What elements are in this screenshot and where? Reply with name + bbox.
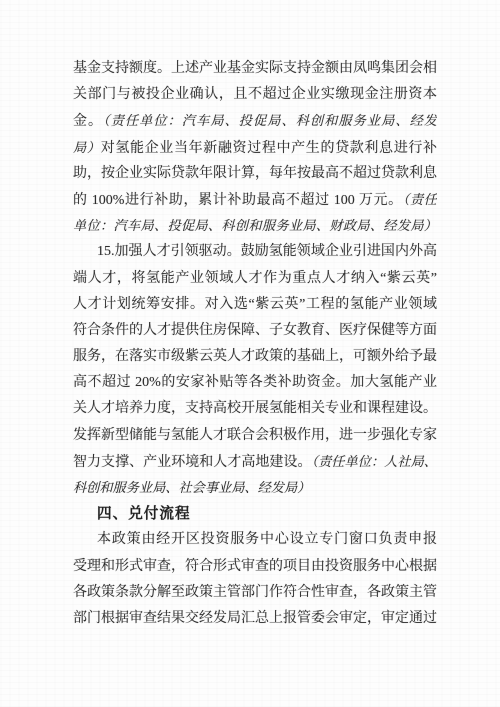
text-segment: 高不超过 20%的安家补贴等各类补助资金。加大氢能产业相 — [73, 375, 437, 396]
text-segment: 受理和形式审查，符合形式审查的项目由投资服务中心根据 — [73, 559, 437, 574]
text-segment-kaiti: 局） — [73, 140, 101, 155]
text-segment: 本政策由经开区投资服务中心设立专门窗口负责申报 — [97, 532, 437, 547]
text-line: 端人才，将氢能产业领域人才作为重点人才纳入“紫云英” — [73, 266, 437, 292]
text-line: 的 100%进行补助，累计补助最高不超过 100 万元。（责任 — [73, 187, 437, 213]
text-segment: 人才计划统筹安排。对入选“紫云英”工程的氢能产业领域 — [73, 297, 437, 312]
text-segment: 基金支持额度。上述产业基金实际支持金额由凤鸣集团会相 — [73, 61, 437, 76]
section-heading: 四、兑付流程 — [73, 501, 437, 527]
text-segment: 金。 — [73, 114, 103, 129]
text-segment: 助，按企业实际贷款年限计算，每年按最高不超过贷款利息 — [73, 166, 437, 181]
text-segment: 服务，在落实市级紫云英人才政策的基础上，可额外给予最 — [73, 349, 437, 364]
text-line: 助，按企业实际贷款年限计算，每年按最高不超过贷款利息 — [73, 161, 437, 187]
text-segment: 15.加强人才引领驱动。鼓励氢能领域企业引进国内外高 — [97, 244, 437, 259]
text-segment-kaiti: 科创和服务业局、社会事业局、经发局） — [73, 480, 310, 495]
text-line: 单位：汽车局、投促局、科创和服务业局、财政局、经发局） — [73, 213, 437, 239]
text-segment-kaiti: （责任单位：人社局、 — [311, 454, 437, 469]
text-line: 局）对氢能企业当年新融资过程中产生的贷款利息进行补 — [73, 135, 437, 161]
text-line: 受理和形式审查，符合形式审查的项目由投资服务中心根据 — [73, 554, 437, 580]
text-line: 符合条件的人才提供住房保障、子女教育、医疗保健等方面 — [73, 318, 437, 344]
text-segment: 关人才培养力度，支持高校开展氢能相关专业和课程建设。 — [73, 401, 437, 416]
text-line: 关人才培养力度，支持高校开展氢能相关专业和课程建设。 — [73, 396, 437, 422]
section-heading-label: 四、兑付流程 — [97, 506, 191, 522]
text-segment: 发挥新型储能与氢能人才联合会积极作用，进一步强化专家 — [73, 428, 437, 443]
text-segment: 部门根据审查结果交经发局汇总上报管委会审定，审定通过 — [73, 611, 437, 626]
text-line: 关部门与被投企业确认，且不超过企业实缴现金注册资本 — [73, 82, 437, 108]
text-line: 智力支撑、产业环境和人才高地建设。（责任单位：人社局、 — [73, 449, 437, 475]
text-line: 本政策由经开区投资服务中心设立专门窗口负责申报 — [73, 527, 437, 553]
text-segment: 关部门与被投企业确认，且不超过企业实缴现金注册资本 — [73, 87, 437, 102]
text-segment: 符合条件的人才提供住房保障、子女教育、医疗保健等方面 — [73, 323, 437, 338]
text-line: 各政策条款分解至政策主管部门作符合性审查，各政策主管 — [73, 580, 437, 606]
document-page: 基金支持额度。上述产业基金实际支持金额由凤鸣集团会相 关部门与被投企业确认，且不… — [0, 0, 500, 707]
text-line: 高不超过 20%的安家补贴等各类补助资金。加大氢能产业相 — [73, 370, 437, 396]
text-segment-kaiti: （责任 — [403, 192, 437, 207]
document-body: 基金支持额度。上述产业基金实际支持金额由凤鸣集团会相 关部门与被投企业确认，且不… — [73, 56, 437, 632]
text-segment: 端人才，将氢能产业领域人才作为重点人才纳入“紫云英” — [73, 271, 437, 286]
text-line: 金。（责任单位：汽车局、投促局、科创和服务业局、经发 — [73, 108, 437, 134]
text-segment-kaiti: 单位：汽车局、投促局、科创和服务业局、财政局、经发局） — [73, 218, 437, 233]
text-line: 科创和服务业局、社会事业局、经发局） — [73, 475, 437, 501]
text-line: 基金支持额度。上述产业基金实际支持金额由凤鸣集团会相 — [73, 56, 437, 82]
text-line: 部门根据审查结果交经发局汇总上报管委会审定，审定通过 — [73, 606, 437, 632]
text-line: 15.加强人才引领驱动。鼓励氢能领域企业引进国内外高 — [73, 239, 437, 265]
text-segment: 各政策条款分解至政策主管部门作符合性审查，各政策主管 — [73, 585, 437, 600]
text-line: 服务，在落实市级紫云英人才政策的基础上，可额外给予最 — [73, 344, 437, 370]
text-segment: 对氢能企业当年新融资过程中产生的贷款利息进行补 — [101, 141, 437, 156]
text-segment-kaiti: （责任单位：汽车局、投促局、科创和服务业局、经发 — [103, 113, 437, 128]
text-line: 人才计划统筹安排。对入选“紫云英”工程的氢能产业领域 — [73, 292, 437, 318]
text-segment: 的 100%进行补助，累计补助最高不超过 100 万元。 — [73, 193, 403, 208]
text-segment: 智力支撑、产业环境和人才高地建设。 — [73, 455, 311, 470]
text-line: 发挥新型储能与氢能人才联合会积极作用，进一步强化专家 — [73, 423, 437, 449]
